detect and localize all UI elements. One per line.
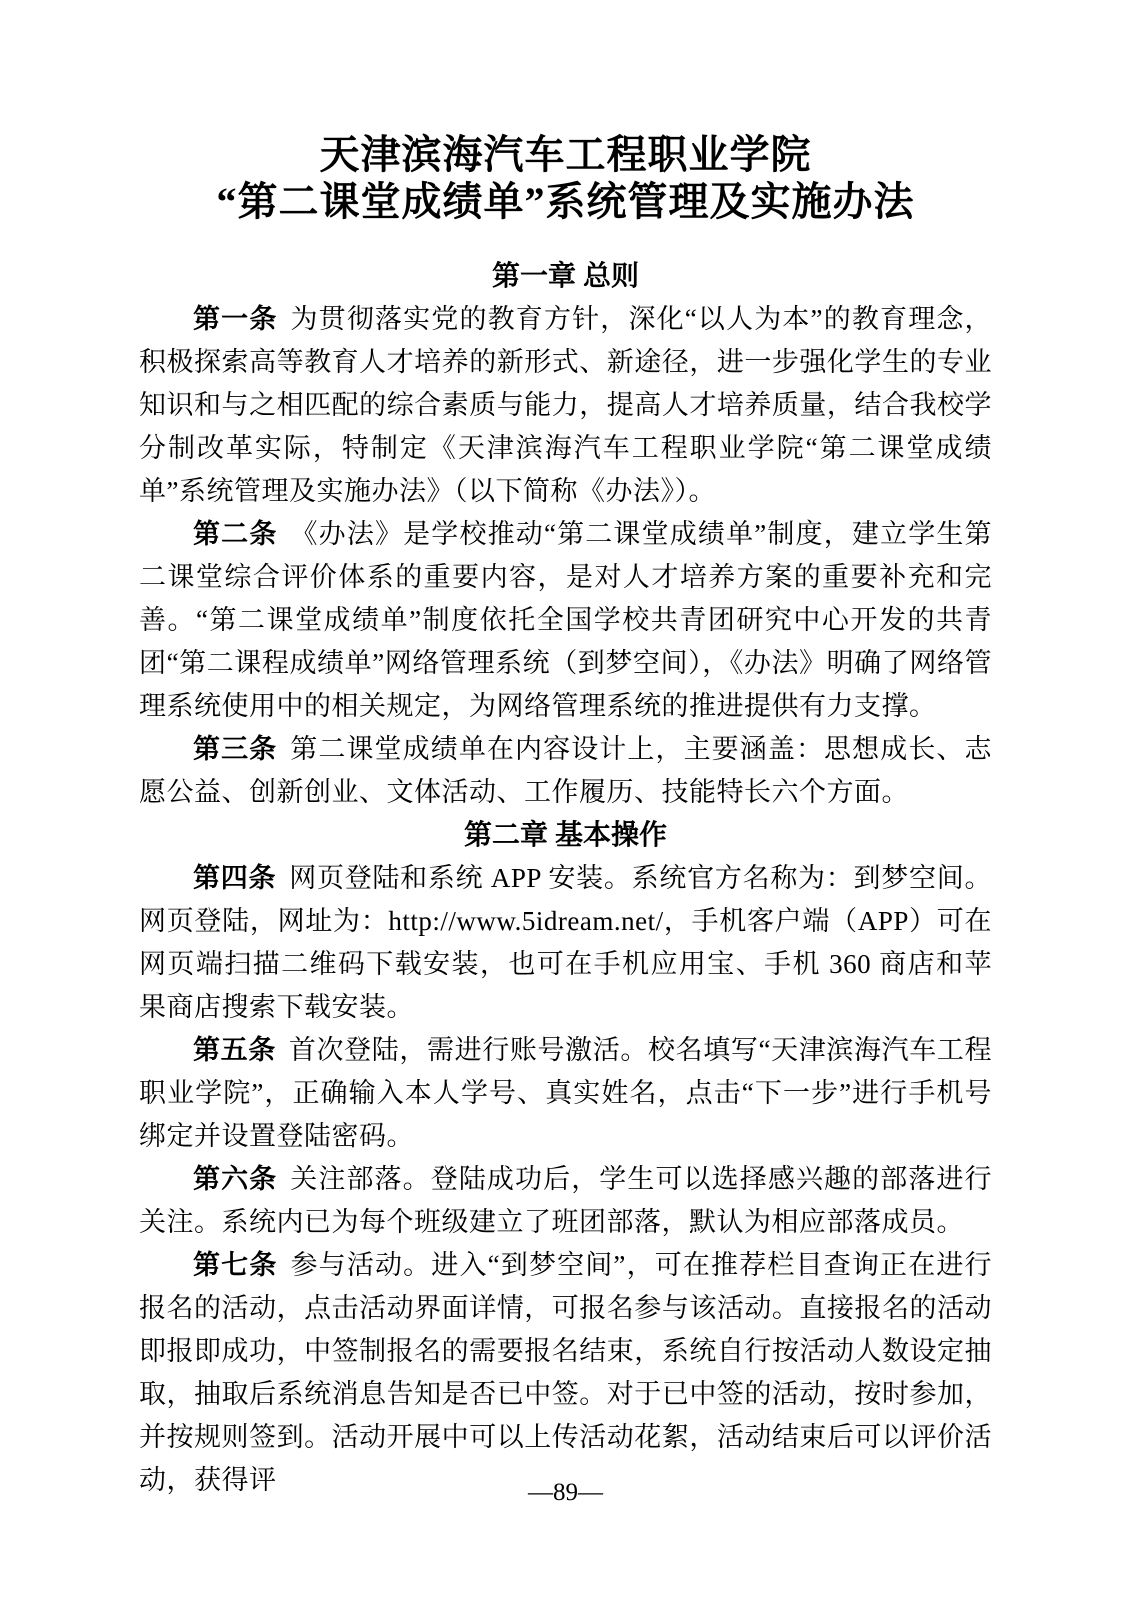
article-3: 第三条第二课堂成绩单在内容设计上，主要涵盖：思想成长、志愿公益、创新创业、文体活… <box>139 728 992 814</box>
article-7-label: 第七条 <box>193 1250 278 1280</box>
document-title: 天津滨海汽车工程职业学院 “第二课堂成绩单”系统管理及实施办法 <box>139 131 992 225</box>
article-7-text: 参与活动。进入“到梦空间”，可在推荐栏目查询正在进行报名的活动，点击活动界面详情… <box>139 1250 992 1495</box>
chapter-2-heading: 第二章 基本操作 <box>139 814 992 857</box>
article-5-label: 第五条 <box>193 1035 276 1065</box>
document-title-line2: “第二课堂成绩单”系统管理及实施办法 <box>139 178 992 225</box>
article-1: 第一条为贯彻落实党的教育方针，深化“以人为本”的教育理念，积极探索高等教育人才培… <box>139 298 992 513</box>
article-1-text: 为贯彻落实党的教育方针，深化“以人为本”的教育理念，积极探索高等教育人才培养的新… <box>139 304 992 506</box>
article-7: 第七条参与活动。进入“到梦空间”，可在推荐栏目查询正在进行报名的活动，点击活动界… <box>139 1244 992 1502</box>
document-title-line1: 天津滨海汽车工程职业学院 <box>139 131 992 178</box>
article-5: 第五条首次登陆，需进行账号激活。校名填写“天津滨海汽车工程职业学院”，正确输入本… <box>139 1029 992 1158</box>
article-4: 第四条网页登陆和系统 APP 安装。系统官方名称为：到梦空间。网页登陆，网址为：… <box>139 857 992 1029</box>
article-6-label: 第六条 <box>193 1164 277 1194</box>
chapter-1-heading: 第一章 总则 <box>139 255 992 298</box>
article-4-label: 第四条 <box>193 863 276 893</box>
article-2-label: 第二条 <box>193 519 278 549</box>
page-number: —89— <box>0 1478 1131 1508</box>
article-2: 第二条《办法》是学校推动“第二课堂成绩单”制度，建立学生第二课堂综合评价体系的重… <box>139 513 992 728</box>
article-6: 第六条关注部落。登陆成功后，学生可以选择感兴趣的部落进行关注。系统内已为每个班级… <box>139 1158 992 1244</box>
page-content: 天津滨海汽车工程职业学院 “第二课堂成绩单”系统管理及实施办法 第一章 总则 第… <box>139 131 992 1502</box>
article-2-text: 《办法》是学校推动“第二课堂成绩单”制度，建立学生第二课堂综合评价体系的重要内容… <box>139 519 992 721</box>
article-1-label: 第一条 <box>193 304 278 334</box>
document-page: { "doc": { "title_line1": "天津滨海汽车工程职业学院"… <box>0 0 1131 1600</box>
article-3-label: 第三条 <box>193 734 277 764</box>
